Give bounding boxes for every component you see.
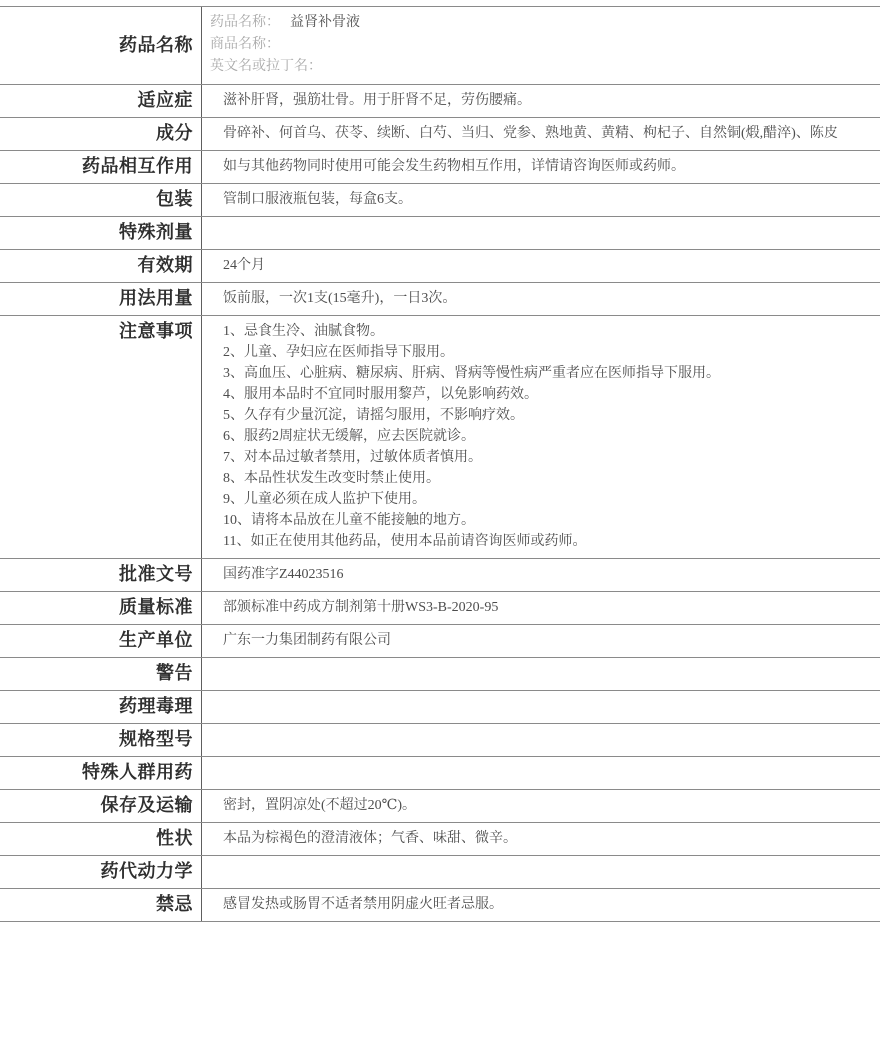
field-value: 管制口服液瓶包装，每盒6支。 [202, 184, 880, 216]
field-label: 警告 [0, 658, 202, 690]
note-item: 11、如正在使用其他药品，使用本品前请咨询医师或药师。 [223, 531, 868, 552]
name-line-prefix: 药品名称： [210, 15, 280, 30]
table-row: 批准文号国药准字Z44023516 [0, 559, 880, 592]
note-item: 1、忌食生冷、油腻食物。 [223, 321, 868, 342]
field-label: 特殊人群用药 [0, 757, 202, 789]
field-label: 规格型号 [0, 724, 202, 756]
field-label: 禁忌 [0, 889, 202, 921]
table-row: 有效期24个月 [0, 250, 880, 283]
name-line-prefix: 商品名称： [210, 37, 280, 52]
name-line: 药品名称：益肾补骨液 [210, 12, 868, 34]
field-value [202, 658, 880, 690]
table-row: 规格型号 [0, 724, 880, 757]
note-item: 7、对本品过敏者禁用，过敏体质者慎用。 [223, 447, 868, 468]
note-item: 4、服用本品时不宜同时服用黎芦，以免影响药效。 [223, 384, 868, 405]
field-value: 滋补肝肾，强筋壮骨。用于肝肾不足，劳伤腰痛。 [202, 85, 880, 117]
field-value: 密封，置阴凉处(不超过20℃)。 [202, 790, 880, 822]
field-label: 生产单位 [0, 625, 202, 657]
field-value: 药品名称：益肾补骨液商品名称：英文名或拉丁名： [202, 7, 880, 84]
table-row: 禁忌感冒发热或肠胃不适者禁用阴虚火旺者忌服。 [0, 889, 880, 922]
field-label: 包装 [0, 184, 202, 216]
table-row: 包装管制口服液瓶包装，每盒6支。 [0, 184, 880, 217]
field-value [202, 856, 880, 888]
table-row: 成分骨碎补、何首乌、茯苓、续断、白芍、当归、党参、熟地黄、黄精、枸杞子、自然铜(… [0, 118, 880, 151]
table-row: 特殊人群用药 [0, 757, 880, 790]
field-value [202, 691, 880, 723]
note-item: 6、服药2周症状无缓解，应去医院就诊。 [223, 426, 868, 447]
field-label: 药代动力学 [0, 856, 202, 888]
field-label: 质量标准 [0, 592, 202, 624]
note-item: 3、高血压、心脏病、糖尿病、肝病、肾病等慢性病严重者应在医师指导下服用。 [223, 363, 868, 384]
table-row: 性状本品为棕褐色的澄清液体；气香、味甜、微辛。 [0, 823, 880, 856]
field-label: 成分 [0, 118, 202, 150]
table-row: 药品名称药品名称：益肾补骨液商品名称：英文名或拉丁名： [0, 7, 880, 85]
table-row: 特殊剂量 [0, 217, 880, 250]
table-row: 保存及运输密封，置阴凉处(不超过20℃)。 [0, 790, 880, 823]
field-label: 注意事项 [0, 316, 202, 558]
field-value [202, 217, 880, 249]
name-line-prefix: 英文名或拉丁名： [210, 59, 322, 74]
field-label: 保存及运输 [0, 790, 202, 822]
field-value: 24个月 [202, 250, 880, 282]
name-line: 商品名称： [210, 34, 868, 56]
note-item: 5、久存有少量沉淀，请摇匀服用，不影响疗效。 [223, 405, 868, 426]
note-item: 2、儿童、孕妇应在医师指导下服用。 [223, 342, 868, 363]
field-value: 1、忌食生冷、油腻食物。2、儿童、孕妇应在医师指导下服用。3、高血压、心脏病、糖… [202, 316, 880, 558]
field-value: 部颁标准中药成方制剂第十册WS3-B-2020-95 [202, 592, 880, 624]
field-value: 感冒发热或肠胃不适者禁用阴虚火旺者忌服。 [202, 889, 880, 921]
field-value: 广东一力集团制药有限公司 [202, 625, 880, 657]
field-label: 批准文号 [0, 559, 202, 591]
note-item: 10、请将本品放在儿童不能接触的地方。 [223, 510, 868, 531]
table-row: 药理毒理 [0, 691, 880, 724]
table-row: 质量标准部颁标准中药成方制剂第十册WS3-B-2020-95 [0, 592, 880, 625]
table-row: 注意事项1、忌食生冷、油腻食物。2、儿童、孕妇应在医师指导下服用。3、高血压、心… [0, 316, 880, 559]
field-value: 国药准字Z44023516 [202, 559, 880, 591]
table-row: 药代动力学 [0, 856, 880, 889]
table-row: 警告 [0, 658, 880, 691]
table-row: 适应症滋补肝肾，强筋壮骨。用于肝肾不足，劳伤腰痛。 [0, 85, 880, 118]
field-label: 药品名称 [0, 7, 202, 84]
field-label: 有效期 [0, 250, 202, 282]
drug-info-table: 药品名称药品名称：益肾补骨液商品名称：英文名或拉丁名：适应症滋补肝肾，强筋壮骨。… [0, 6, 880, 922]
field-value [202, 757, 880, 789]
field-label: 适应症 [0, 85, 202, 117]
field-value [202, 724, 880, 756]
note-item: 9、儿童必须在成人监护下使用。 [223, 489, 868, 510]
field-value: 如与其他药物同时使用可能会发生药物相互作用，详情请咨询医师或药师。 [202, 151, 880, 183]
drug-detail-page: 药品名称药品名称：益肾补骨液商品名称：英文名或拉丁名：适应症滋补肝肾，强筋壮骨。… [0, 0, 880, 922]
field-label: 性状 [0, 823, 202, 855]
field-label: 用法用量 [0, 283, 202, 315]
field-label: 药理毒理 [0, 691, 202, 723]
table-row: 药品相互作用如与其他药物同时使用可能会发生药物相互作用，详情请咨询医师或药师。 [0, 151, 880, 184]
note-item: 8、本品性状发生改变时禁止使用。 [223, 468, 868, 489]
field-value: 本品为棕褐色的澄清液体；气香、味甜、微辛。 [202, 823, 880, 855]
table-row: 用法用量饭前服，一次1支(15毫升)，一日3次。 [0, 283, 880, 316]
field-value: 骨碎补、何首乌、茯苓、续断、白芍、当归、党参、熟地黄、黄精、枸杞子、自然铜(煅,… [202, 118, 880, 150]
field-label: 药品相互作用 [0, 151, 202, 183]
table-row: 生产单位广东一力集团制药有限公司 [0, 625, 880, 658]
field-label: 特殊剂量 [0, 217, 202, 249]
name-line: 英文名或拉丁名： [210, 56, 868, 78]
drug-name-value: 益肾补骨液 [290, 15, 360, 30]
field-value: 饭前服，一次1支(15毫升)，一日3次。 [202, 283, 880, 315]
